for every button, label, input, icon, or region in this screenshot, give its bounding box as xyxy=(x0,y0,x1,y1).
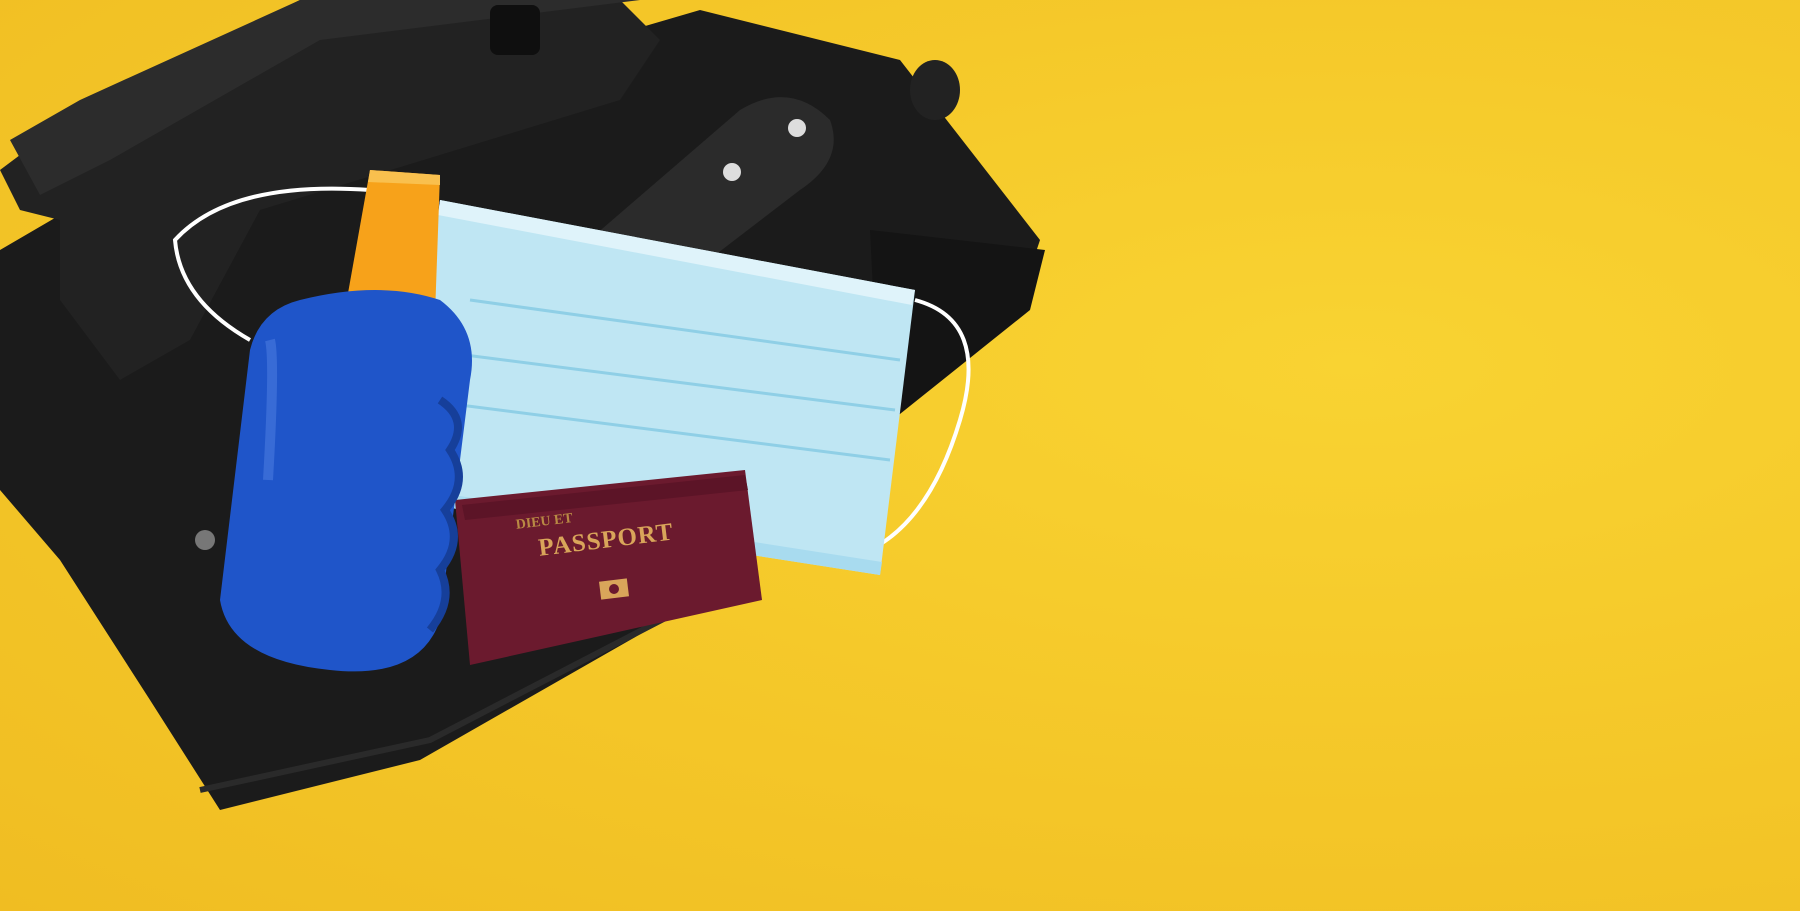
photo-illustration xyxy=(0,0,1800,911)
photo-scene: DIEU ET PASSPORT xyxy=(0,0,1800,911)
